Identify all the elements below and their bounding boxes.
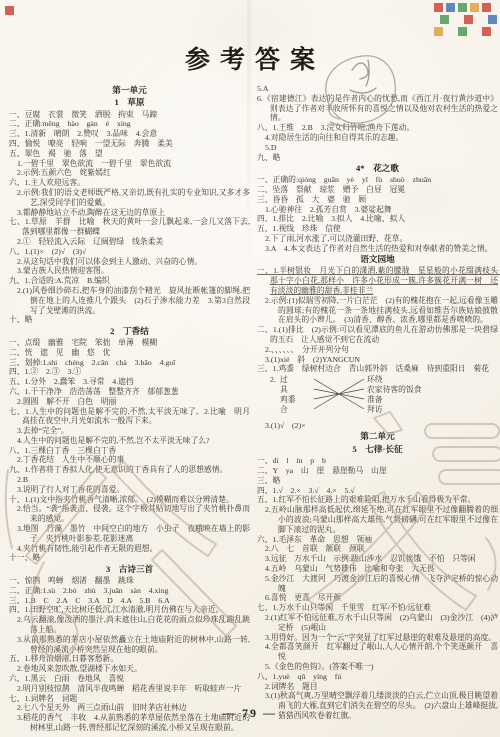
color-calibration-square (458, 27, 467, 36)
answer-line: 2.示例:五颜六色 姹紫嫣红 (9, 168, 250, 178)
svg-text:2.: 2. (270, 375, 276, 384)
color-calibration-square (488, 15, 497, 24)
answer-line: 六、1.主人欢迎远客。 (9, 178, 250, 188)
answer-line: 2.(1)风卷细沙碎石,把车身的油漆刮个精光 旋风扯断帐篷的脚绳,把倒在地上的人… (9, 286, 250, 315)
answer-line: 2.从这句话中我们可以体会到主人激动、兴奋的心情。 (9, 257, 250, 267)
answer-line: 4.五岭 乌蒙山 气势雄伟 比喻和夸张 大无畏 (257, 564, 498, 574)
section-heading: 第一单元 (9, 84, 250, 97)
answer-line: 5.《金色的鱼钩》。(答案不唯一) (257, 662, 498, 672)
svg-text:具: 具 (280, 385, 289, 394)
svg-text:环绕: 环绕 (367, 374, 383, 384)
page-title: 参考答案 (0, 40, 500, 76)
answer-line: 2.① 轻轻流入云际 辽阔碧绿 线条柔美 (9, 237, 250, 247)
answer-line: 二、正确:mēng hào gàn é xíng (9, 119, 250, 129)
answer-line: 三、略 (257, 476, 498, 486)
section-heading: 1 草原 (9, 97, 250, 110)
page-number: — 79 — (0, 706, 500, 721)
answer-line: 四、1.排比 2.比喻 3.拟人 4.比喻、拟人 (257, 214, 498, 224)
answer-line: 十、1.(1)文中指夹竹桃香气清晰,浓郁。 (2)模糊而难以分辨清楚。 (9, 495, 250, 505)
answer-line: 2.圆圆 解不开 白色 明丽 (9, 397, 250, 407)
answer-line: 四、1.② 2.③ 3.① (9, 367, 250, 377)
svg-text:鸡黍: 鸡黍 (280, 394, 296, 404)
answer-line: 2.恰当。“袭”指袭击、侵袭。这个字极其贴切地写出了夹竹桃扑鼻而来的感觉。 (9, 504, 250, 524)
answer-line: 3.(1)√ (2)× (257, 421, 498, 431)
answer-line: 四、1.田野空旷,天比树还低沉,江水清澈,明月仿佛在与人亲近。 (9, 605, 250, 615)
answer-line: 九、1.合适的:A.荒凉 B.编织 (9, 276, 250, 286)
color-calibration-square (440, 15, 449, 24)
answer-line: 八、1.yuè qū yíng fú (257, 672, 498, 682)
matching-exercise-diagram: 2.过具鸡黍合环绕农家待客的饭食准备拜访 (257, 374, 498, 421)
svg-text:准备: 准备 (367, 394, 383, 404)
answer-line: 5.A (257, 84, 498, 94)
color-calibration-square (446, 3, 455, 12)
section-heading: 4* 花之歌 (257, 162, 498, 175)
answer-line: 七、1.词牌名 词题 (9, 694, 250, 704)
answer-line: 6.《宿建德江》表达的是作者内心的忧愁,而《西江月·夜行黄沙道中》则表达了作者对… (257, 94, 498, 123)
color-calibration-square (458, 3, 467, 12)
answer-key-page: 参考答案 第一单元1 草原一、豆腐 衣裳 微笑 洒脱 拘束 马蹄二、正确:mēn… (0, 0, 500, 737)
svg-text:拜访: 拜访 (367, 404, 383, 414)
answer-line: 四、1.√ 2.× 3.√ 4.× 5.√ (257, 486, 498, 496)
answer-line: 2.乌云翻滚,像泼洒的墨汁,尚未遮住山,白花花的雨点似珍珠乱蹦乱跳落上船。 (9, 615, 250, 635)
answer-line: 二、Y ya 山 崖 悬崖勒马 山崖 (257, 466, 498, 476)
answer-line: 七、1.草原 羊群 比喻 秋天的黄叶一会儿飘起来,一会儿又落下去,落到哪里都像一… (9, 217, 250, 237)
answer-line: 二、坠落 祭献 琼浆 赠予 白昼 冠冕 (257, 185, 498, 195)
answer-line: 3.从前那熟悉的茅店小屋依然矗立在土地庙附近的树林中,山路一转,曾经的溪流小桥突… (9, 635, 250, 655)
answer-line: 六、1.黑云 白雨 卷地风 喜悦 (9, 674, 250, 684)
answer-line: 三、划掉:1.shi chéng 2.cān chà 3.bāo 4.guī (9, 358, 250, 368)
answer-line: 3.A 4.本文表达了作者对自然生活的热爱和对奉献者的赞美之情。 (257, 244, 498, 254)
answer-line: 一、dí l ín p b (257, 456, 498, 466)
answer-line: 2.词牌名 题目 (257, 682, 498, 692)
answer-line: 二、1.(1)排比 (2)示例:可以看见潭底的鱼儿在游动仿佛那是一块碧绿的玉石 … (257, 325, 498, 345)
answer-line: 一、惊鹊 鸣蝉 烟渚 翻墨 跳珠 (9, 576, 250, 586)
answer-line: 十一、略 (9, 553, 250, 563)
svg-text:农家待客的饭食: 农家待客的饭食 (367, 384, 422, 394)
answer-line: 2.五岭山脉那样高低起伏,绵延不绝,可在红军眼里不过像翻腾着的细小的波浪;乌蒙山… (257, 505, 498, 534)
color-calibration-square (482, 27, 491, 36)
answer-line: 4.对隐居生活的向往和自得其乐的志趣。 (257, 133, 498, 143)
answer-line: 六、1.干干净净 浩浩荡荡 整整齐齐 郁郁葱葱 (9, 387, 250, 397)
color-calibration-square (5, 6, 14, 15)
answer-line: 2.卷地风来忽吹散,望湖楼下水如天。 (9, 664, 250, 674)
color-calibration-square (464, 15, 473, 24)
answer-line: 2.丁香花结 人生中不顺心的事 (9, 455, 250, 465)
answer-line: 2.八 七 首联 颔联 颈联 (257, 544, 498, 554)
answer-line: 2.示例:我们的语文老师既严格,又亲切,既有扎实的专业知识,又多才多艺,深受同学… (9, 188, 250, 208)
answer-line: 三、1.B C 2.A C 3.A D 4.A 5.B 6.A (9, 596, 250, 606)
answer-line: 七、1.万水千山只等闲 千里雪 红军/不怕/远征难 (257, 603, 498, 613)
answer-line: 2.下了雨,河水涨了,可以浇灌田野、花草。 (257, 234, 498, 244)
answer-line: 五、1.分外 2.蠢笨 3.寻常 4.遮挡 (9, 377, 250, 387)
color-calibration-square (482, 3, 491, 12)
left-answer-column: 第一单元1 草原一、豆腐 衣裳 微笑 洒脱 拘束 马蹄二、正确:mēng hào… (9, 84, 250, 733)
answer-line: 3.地图 荇藻 墨竹 中间空白的地方 小虫子 夜蛾映在墙上的影子 夹竹桃叶影参差… (9, 524, 250, 544)
answer-line: 3.远征 万水千山 示例:跋山涉水 忍饥挨饿 不怕 只等闲 (257, 554, 498, 564)
answer-line: 1.心驰神往 2.孤芳自赏 3.婆娑起舞 (257, 205, 498, 215)
answer-line: 3.说明了行人对丁香花的喜爱。 (9, 485, 250, 495)
section-heading: 2 丁香结 (9, 325, 250, 338)
color-calibration-square (434, 3, 443, 12)
answer-line: 3.去掉“完全”。 (9, 426, 250, 436)
answer-line: 五、1.移舟泊烟渚,日暮客愁新。 (9, 654, 250, 664)
answer-line: 二、恍 遮 见 幽 悠 优 (9, 348, 250, 358)
answer-line: 九、1.作者将丁香拟人化,使无意识的丁香具有了人的思想感情。 (9, 465, 250, 475)
answer-line: 八、1.(1)× (2)√ (3)√ (9, 247, 250, 257)
answer-line: 3.用得好。因为一个“云”字突显了红军过悬崖的艰难及悬崖的高度。 (257, 633, 498, 643)
answer-line: 三、昏昏 孤 大 婆 驰 顾 (257, 195, 498, 205)
answer-line: 1.一碧千里 翠色欲流 一碧千里 翠色欲流 (9, 159, 250, 169)
answer-line: 八、1.王维 2.B 3.浣女归竹喧,渔舟下莲动。 (257, 123, 498, 133)
answer-line: 3.蒙古族人民热情迎客图。 (9, 266, 250, 276)
answer-line: 2.、、、、、、 分开并列分句 (257, 345, 498, 355)
answer-line: 三、1.鸡黍 绿树村边合 青山郭外斜 话桑麻 待到重阳日 菊花 (257, 364, 498, 374)
answer-line: 二、正确:1.sù 2.bó zhù 3.juǎn sàn 4.xìng (9, 586, 250, 596)
answer-line: 五、1.红军不怕长征路上的艰难险阻,把万水千山看得极为平常。 (257, 495, 498, 505)
answer-line: 一、点缀 幽雅 宅院 笨拙 单薄 模糊 (9, 338, 250, 348)
answer-line: 五、1.视线 珍珠 信使 (257, 224, 498, 234)
right-answer-column: 5.A6.《宿建德江》表达的是作者内心的忧愁,而《西江月·夜行黄沙道中》则表达了… (257, 84, 498, 721)
section-heading: 5 七律·长征 (257, 444, 498, 457)
answer-line: 三、1.清新 晴朗 2.赞叹 3.品味 4.会意 (9, 129, 250, 139)
answer-line: 一、豆腐 衣裳 微笑 洒脱 拘束 马蹄 (9, 110, 250, 120)
section-heading: 第二单元 (257, 431, 498, 444)
answer-line: 4.人生中的问题也是解不完的,不然,岂不太平淡无味了么? (9, 436, 250, 446)
answer-line: 2.明月别枝惊鹊 清风半夜鸣蝉 稻花香里说丰年 听取蛙声一片 (9, 684, 250, 694)
answer-line: 一、1.半树银妆 月光下白的潇洒,紫的朦胧 星星般的小花缀满枝头 那十字小白花,… (257, 266, 498, 295)
answer-line: 3.(1)xié 斜 (2)YANGCUN (257, 355, 498, 365)
color-calibration-square (434, 27, 443, 36)
answer-line: 4.夹竹桃有韧性,能引起作者无限的遐想。 (9, 544, 250, 554)
answer-line: 五、翠色 褐 驰 落 望 (9, 149, 250, 159)
answer-line: 3.都静静地站立不动,陶醉在这无边的草原上 (9, 208, 250, 218)
answer-line: 四、愉悦 嘹亮 轻响 一望无际 奔腾 柔美 (9, 139, 250, 149)
answer-line: 六、1.毛泽东 革命 思想 领袖 (257, 535, 498, 545)
answer-line: 5.D (257, 143, 498, 153)
svg-text:合: 合 (280, 404, 288, 414)
answer-line: 八、1.三棵白丁香 三棵白丁香 (9, 446, 250, 456)
answer-line: 一、正确的:qióng guān yè yǐ fù shuò zhuǎn (257, 175, 498, 185)
svg-text:过: 过 (280, 374, 288, 384)
answer-line: 七、1.人生中的问题也是解不完的,不然,太平淡无味了。2.比喻 明月高挂在夜空中… (9, 407, 250, 427)
answer-line: 2.(1)红军不怕远征难,万水千山只等闲 (2)乌蒙山 (3)金沙江 (4)泸定… (257, 613, 498, 633)
answer-line: 6.喜悦 更喜 尽开颜 (257, 593, 498, 603)
answer-line: 2.示例:(1)似瑞雪初降,一片白茫茫 (2)有的槐花抱在一起,远看像玉雕的圆球… (257, 296, 498, 325)
answer-line: 十、略 (9, 315, 250, 325)
answer-line: 九、略 (257, 153, 498, 163)
section-heading: 语文园地 (257, 254, 498, 267)
section-heading: 3 古诗三首 (9, 563, 250, 576)
answer-line: 4.全都喜笑颜开 红军翻过了岷山,人人心情开朗,个个笑逐颜开 喜悦 (257, 642, 498, 662)
color-calibration-square (470, 3, 479, 12)
answer-line: 5.金沙江 大渡河 巧渡金沙江后的喜悦心情 飞夺泸定桥的惊心动魄 (257, 574, 498, 594)
answer-line: 2.B (9, 475, 250, 485)
